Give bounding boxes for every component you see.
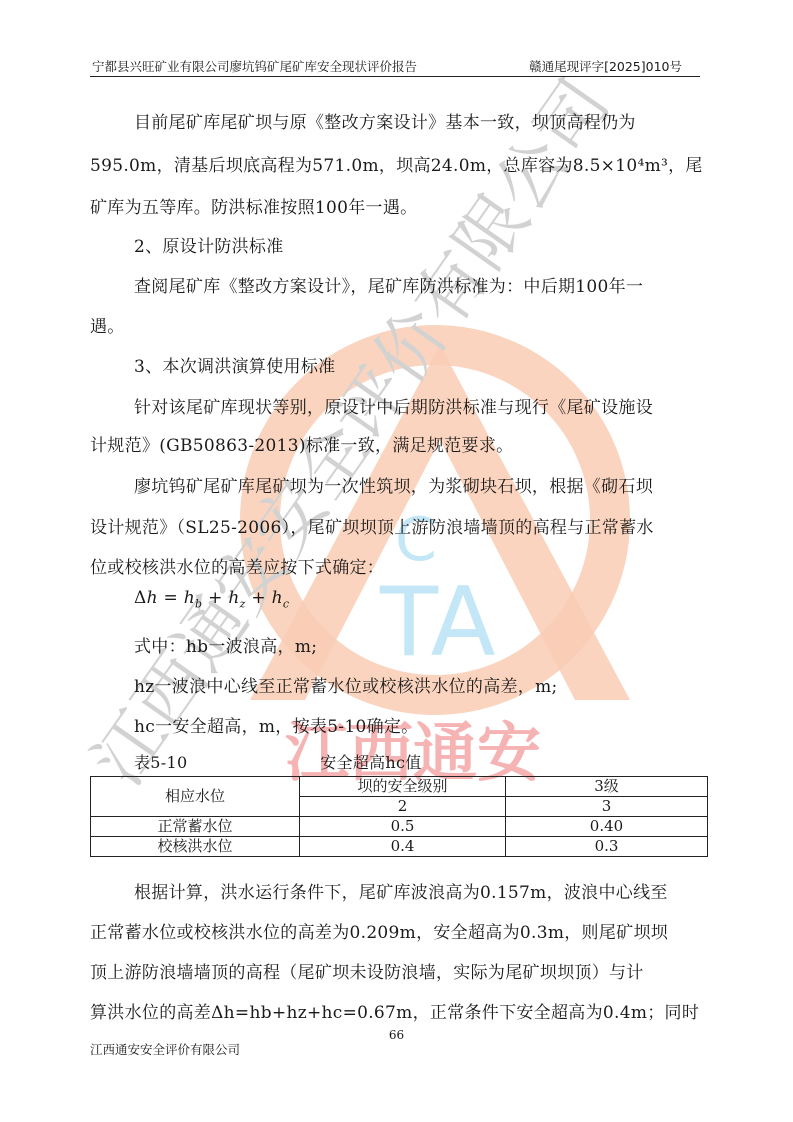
paragraph: 算洪水位的高差Δh=hb+hz+hc=0.67m，正常条件下安全超高为0.4m；…	[90, 998, 700, 1023]
table-row: 校核洪水位 0.4 0.3	[91, 837, 708, 857]
paragraph: 矿库为五等库。防洪标准按照100年一遇。	[90, 193, 700, 218]
paragraph: 针对该尾矿库现状等别，原设计中后期防洪标准与现行《尾矿设施设	[90, 393, 744, 418]
table-cell: 校核洪水位	[91, 837, 300, 857]
table-header-cell: 相应水位	[91, 777, 300, 817]
paragraph: 595.0m，清基后坝底高程为571.0m，坝高24.0m，总库容为8.5×10…	[90, 151, 700, 176]
table-title: 安全超高hc值	[320, 753, 421, 772]
paragraph: 根据计算，洪水运行条件下，尾矿库波浪高为0.157m，波浪中心线至	[90, 878, 744, 903]
paragraph: hc一安全超高，m，按表5-10确定。	[90, 712, 744, 737]
table-header-cell: 3级	[506, 777, 708, 797]
paragraph: 位或校核洪水位的高差应按下式确定：	[90, 553, 700, 578]
paragraph: 目前尾矿库尾矿坝与原《整改方案设计》基本一致，坝顶高程仍为	[90, 108, 744, 133]
table-cell: 0.5	[300, 817, 506, 837]
paragraph: 计规范》(GB50863-2013)标准一致，满足规范要求。	[90, 431, 700, 456]
safety-freeboard-table: 相应水位 坝的安全级别 3级 2 3 正常蓄水位 0.5 0.40 校核洪水位 …	[90, 776, 708, 857]
report-title: 宁都县兴旺矿业有限公司廖坑钨矿尾矿库安全现状评价报告	[92, 57, 417, 75]
paragraph: 查阅尾矿库《整改方案设计》，尾矿库防洪标准为：中后期100年一	[90, 272, 744, 297]
table-header-row: 相应水位 坝的安全级别 3级	[91, 777, 708, 797]
table-row: 正常蓄水位 0.5 0.40	[91, 817, 708, 837]
section-heading: 3、本次调洪演算使用标准	[90, 352, 744, 377]
table-header-cell: 坝的安全级别	[300, 777, 506, 797]
page-header: 宁都县兴旺矿业有限公司廖坑钨矿尾矿库安全现状评价报告 赣通尾现评字[2025]0…	[90, 56, 700, 77]
paragraph: hz一波浪中心线至正常蓄水位或校核洪水位的高差，m;	[90, 672, 744, 697]
table-cell: 0.40	[506, 817, 708, 837]
table-header-cell: 3	[506, 797, 708, 817]
paragraph: 遇。	[90, 312, 700, 337]
table-cell: 正常蓄水位	[91, 817, 300, 837]
section-heading: 2、原设计防洪标准	[90, 232, 744, 257]
table-header-cell: 2	[300, 797, 506, 817]
table-caption: 表5-10 安全超高hc值	[90, 750, 744, 773]
table-cell: 0.3	[506, 837, 708, 857]
paragraph: 廖坑钨矿尾矿库尾矿坝为一次性筑坝，为浆砌块石坝，根据《砌石坝	[90, 472, 744, 497]
table-number: 表5-10	[134, 753, 187, 772]
report-number: 赣通尾现评字[2025]010号	[529, 57, 682, 75]
paragraph: 设计规范》（SL25-2006），尾矿坝坝顶上游防浪墙墙顶的高程与正常蓄水	[90, 513, 700, 538]
paragraph: 正常蓄水位或校核洪水位的高差为0.209m，安全超高为0.3m，则尾矿坝坝	[90, 918, 700, 943]
svg-text:TA: TA	[379, 568, 496, 678]
footer-company: 江西通安安全评价有限公司	[90, 1040, 240, 1058]
paragraph: 顶上游防浪墙墙顶的高程（尾矿坝未设防浪墙，实际为尾矿坝坝顶）与计	[90, 958, 700, 983]
table-cell: 0.4	[300, 837, 506, 857]
formula: Δh = hb + hz + hc	[90, 588, 744, 610]
paragraph: 式中：hb一波浪高，m;	[90, 632, 744, 657]
